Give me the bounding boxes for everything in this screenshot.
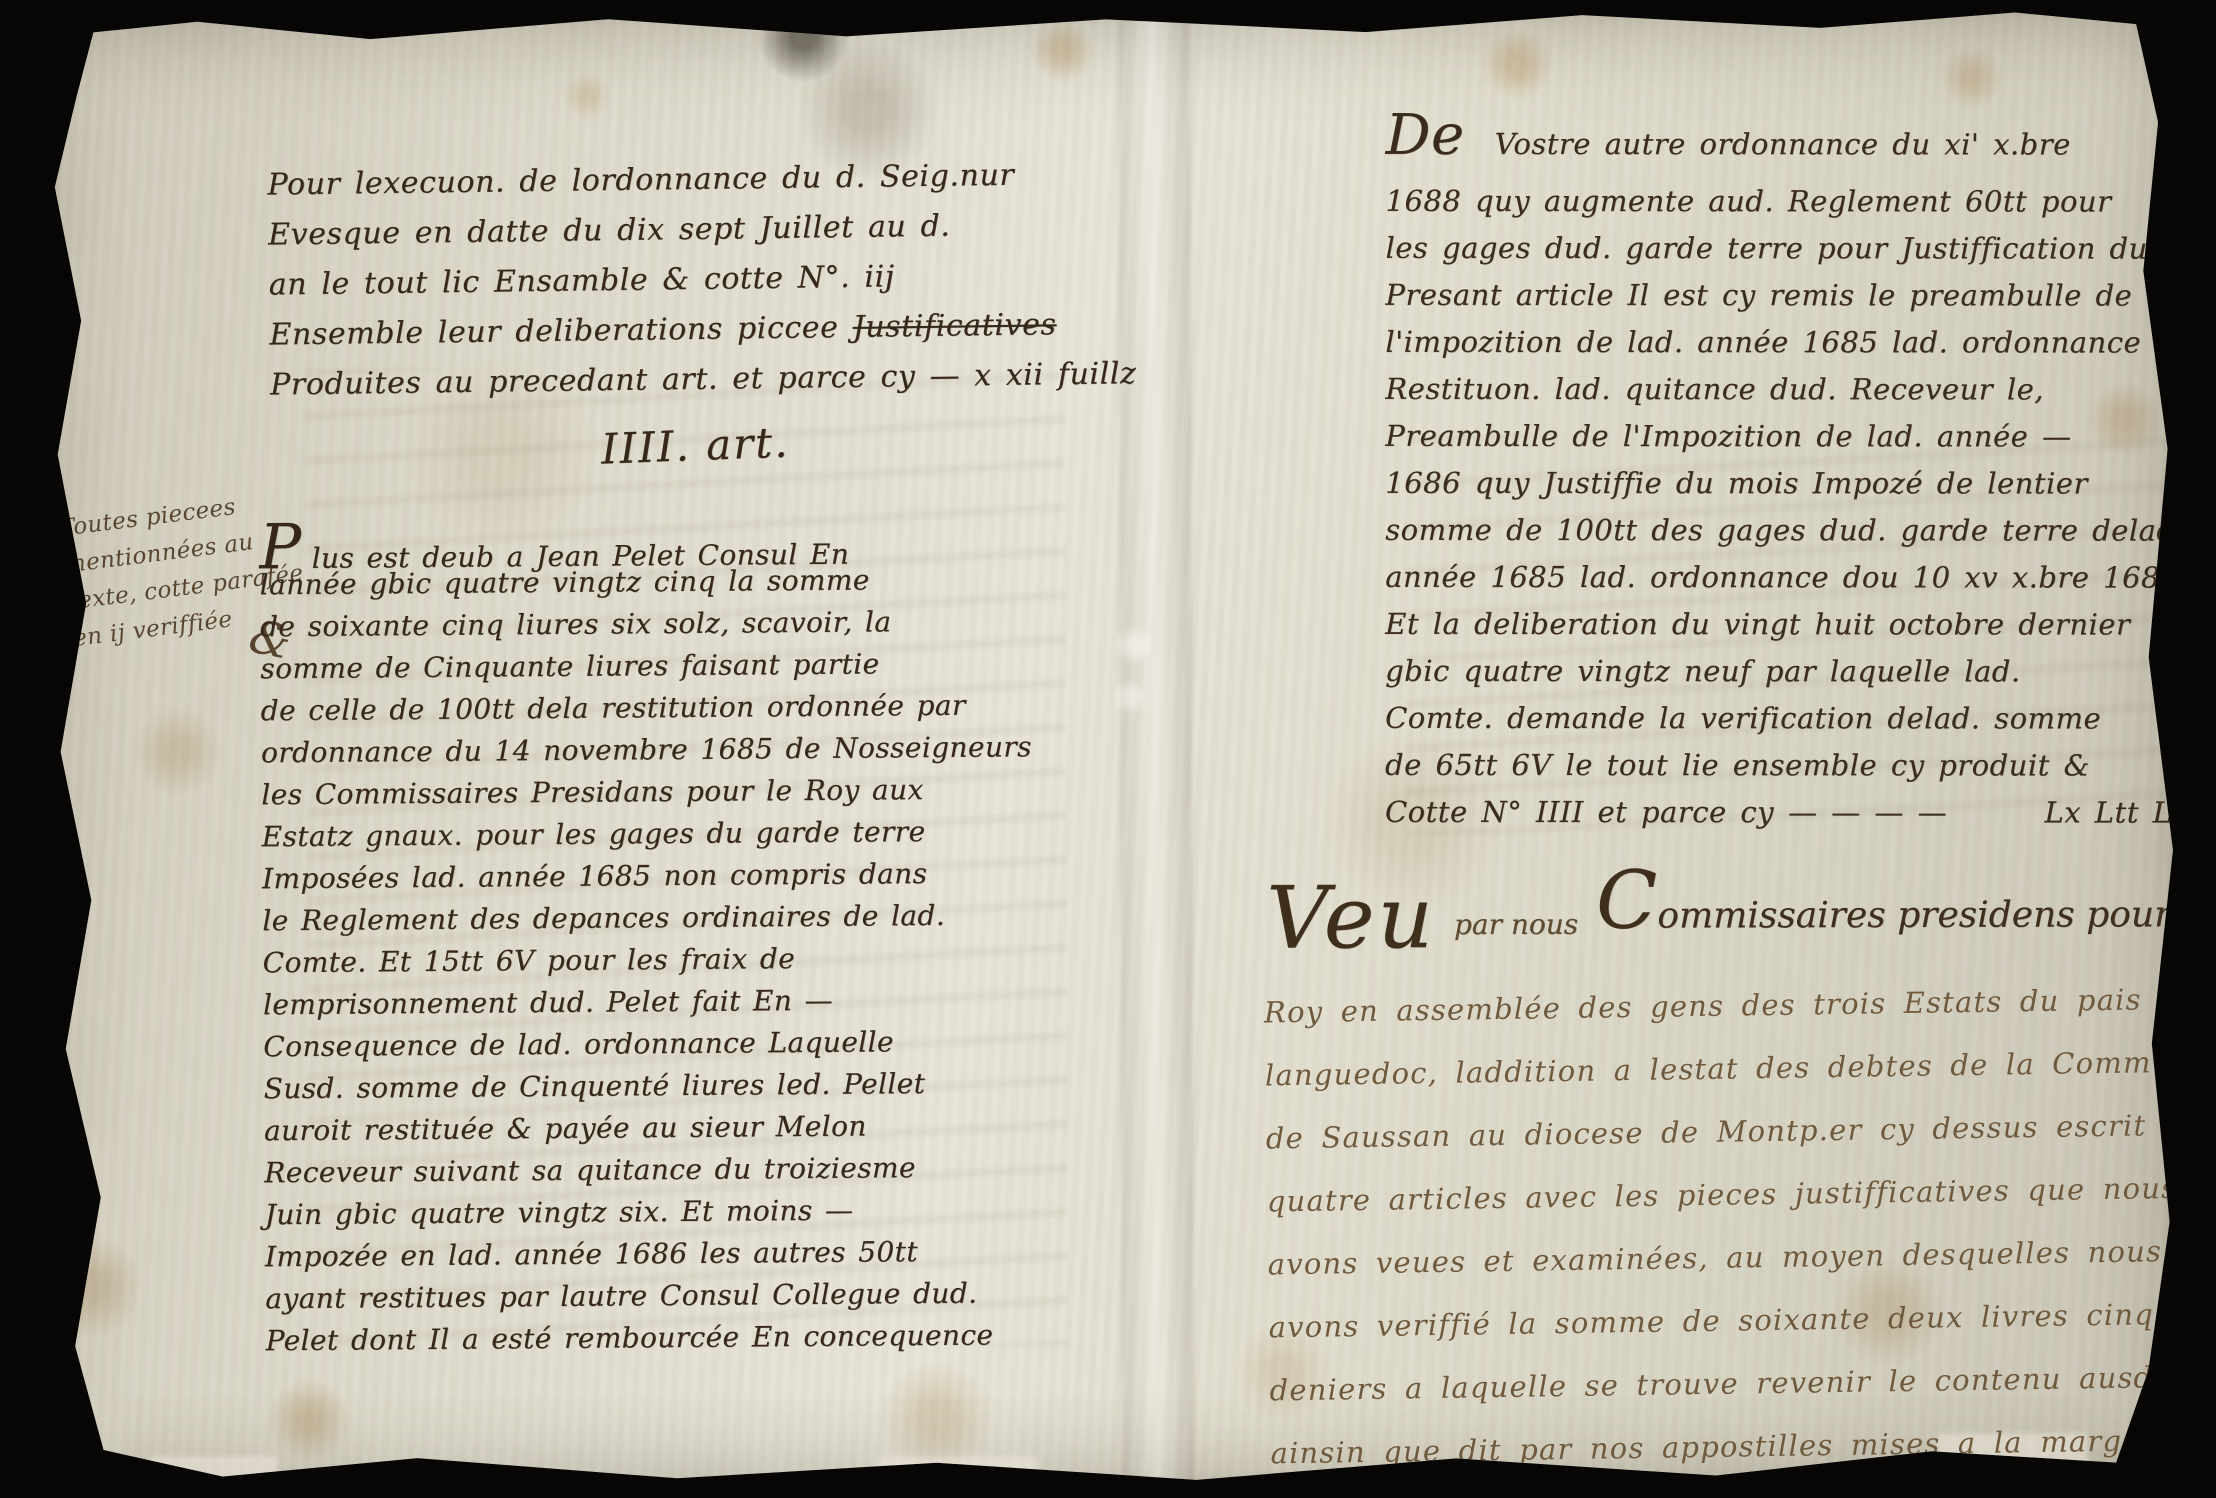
- manuscript-line: Imposées lad. année 1685 non compris dan…: [262, 852, 1052, 900]
- manuscript-line: 1688 quy augmente aud. Reglement 60tt po…: [1386, 178, 2206, 226]
- manuscript-line: gbic quatre vingtz neuf par laquelle lad…: [1385, 648, 2205, 696]
- left-page: Pour lexecuon. de lordonnance du d. Seig…: [24, 3, 2188, 9]
- manuscript-line: Consequence de lad. ordonnance Laquelle: [263, 1020, 1053, 1068]
- manuscript-line: Susd. somme de Cinquenté liures led. Pel…: [263, 1062, 1053, 1110]
- manuscript-line: Impozée en lad. année 1686 les autres 50…: [265, 1230, 1055, 1278]
- left-body-paragraph: P lus est deub a Jean Pelet Consul En la…: [259, 516, 1056, 1362]
- sum-amount: Lx Ltt Liv: [2044, 789, 2199, 836]
- manuscript-line: Presant article Il est cy remis le pream…: [1385, 272, 2205, 320]
- line-text: Ensemble leur deliberations piccee: [269, 310, 853, 353]
- manuscript-line: de soixante cinq liures six solz, scavoi…: [260, 600, 1050, 648]
- verification-lines: Roy en assemblée des gens des trois Esta…: [1264, 967, 2216, 1485]
- manuscript-line: année 1685 lad. ordonnance dou 10 xv x.b…: [1385, 554, 2205, 602]
- line-text: Commissaires presidens pour le —: [1596, 852, 2216, 953]
- right-entry-lines: 1688 quy augmente aud. Reglement 60tt po…: [1385, 178, 2206, 790]
- manuscript-line: de celle de 100tt dela restitution ordon…: [261, 684, 1051, 732]
- left-header-paragraph: Pour lexecuon. de lordonnance du d. Seig…: [267, 150, 1100, 411]
- manuscript-line: Cotte N° IIII et parce cy — — — — Lx Ltt…: [1385, 789, 2205, 837]
- manuscript-line: ainsin que dit par nos appostilles mises…: [1270, 1408, 2216, 1485]
- center-fold: [1118, 6, 1194, 1492]
- manuscript-line: Comte. Et 15tt 6V pour les fraix de: [263, 936, 1053, 984]
- manuscript-line: De Vostre autre ordonnance du xi' x.bre: [1386, 114, 2206, 179]
- manuscript-line: somme de 100tt des gages dud. garde terr…: [1385, 507, 2205, 555]
- line-text: Vostre autre ordonnance du xi' x.bre: [1495, 121, 2071, 169]
- manuscript-line: l'impozition de lad. année 1685 lad. ord…: [1385, 319, 2205, 367]
- line-text: Cotte N° IIII et parce cy: [1385, 789, 1774, 836]
- manuscript-line: de 65tt 6V le tout lie ensemble cy produ…: [1385, 742, 2205, 790]
- manuscript-line: lannée gbic quatre vingtz cinq la somme: [260, 558, 1050, 606]
- manuscript-line: Restituon. lad. quitance dud. Receveur l…: [1385, 366, 2205, 414]
- manuscript-line: ordonnance du 14 novembre 1685 de Nossei…: [261, 726, 1051, 774]
- sum-dash: — — — —: [1788, 789, 1947, 836]
- right-entry-paragraph: De Vostre autre ordonnance du xi' x.bre …: [1385, 114, 2206, 837]
- manuscript-line: Comte. demande la verification delad. so…: [1385, 695, 2205, 743]
- manuscript-line: Preambulle de l'Impozition de lad. année…: [1385, 413, 2205, 461]
- manuscript-line: lemprisonnement dud. Pelet fait En —: [263, 978, 1053, 1026]
- manuscript-line: 1686 quy Justiffie du mois Impozé de len…: [1385, 460, 2205, 508]
- line-text: Produites au precedant art. et parce cy: [270, 352, 916, 410]
- tape-mark: [148, 1456, 278, 1486]
- manuscript-line: Veu par nous Commissaires presidens pour…: [1266, 839, 2216, 954]
- initial-word: Veu: [1266, 884, 1436, 953]
- manuscript-line: Receveur suivant sa quitance du troizies…: [264, 1146, 1054, 1194]
- struck-word: Justificatives: [852, 307, 1056, 345]
- manuscript-line: Juin gbic quatre vingtz six. Et moins —: [264, 1188, 1054, 1236]
- right-page: De Vostre autre ordonnance du xi' x.bre …: [24, 3, 2188, 9]
- manuscript-spread: Pour lexecuon. de lordonnance du d. Seig…: [24, 3, 2192, 1495]
- manuscript-line: Pelet dont Il a esté rembourcée En conce…: [265, 1314, 1055, 1362]
- manuscript-line: auroit restituée & payée au sieur Melon: [264, 1104, 1054, 1152]
- left-body-lines: lannée gbic quatre vingtz cinq la sommed…: [260, 558, 1056, 1362]
- manuscript-line: P lus est deub a Jean Pelet Consul En: [259, 516, 1049, 564]
- initial-letter: De: [1386, 114, 1465, 159]
- verification-paragraph: Veu par nous Commissaires presidens pour…: [1266, 839, 2216, 1480]
- left-header-lines: Pour lexecuon. de lordonnance du d. Seig…: [267, 150, 1099, 311]
- tape-mark: [878, 1456, 1038, 1484]
- manuscript-line: ayant restitues par lautre Consul Colleg…: [265, 1272, 1055, 1320]
- manuscript-line: Estatz gnaux. pour les gages du garde te…: [262, 810, 1052, 858]
- manuscript-line: Et la deliberation du vingt huit octobre…: [1385, 601, 2205, 649]
- manuscript-photo: Pour lexecuon. de lordonnance du d. Seig…: [0, 0, 2216, 1498]
- manuscript-line: les Commissaires Presidans pour le Roy a…: [261, 768, 1051, 816]
- sum-dash: —: [929, 352, 960, 402]
- line-text: par nous: [1454, 908, 1578, 953]
- manuscript-line: somme de Cinquante liures faisant partie: [260, 642, 1050, 690]
- sum-amount: x xii fuillz: [974, 349, 1137, 401]
- manuscript-line: les gages dud. garde terre pour Justiffi…: [1385, 225, 2205, 273]
- manuscript-line: le Reglement des depances ordinaires de …: [262, 894, 1052, 942]
